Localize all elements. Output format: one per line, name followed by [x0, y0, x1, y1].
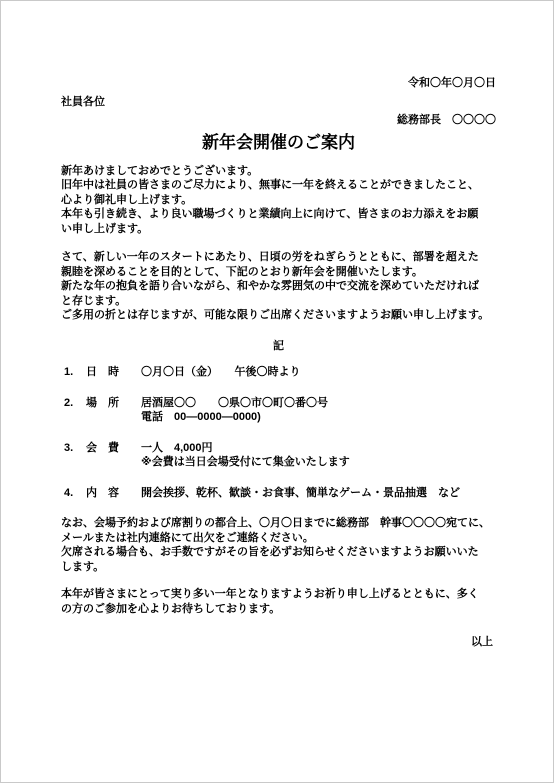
closing-marker: 以上	[61, 635, 496, 650]
detail-number: 1.	[64, 365, 86, 380]
detail-item-place: 2. 場 所 居酒屋〇〇 〇県〇市〇町〇番〇号 電話 00―0000―0000)	[61, 396, 496, 425]
detail-number: 4.	[64, 486, 86, 501]
detail-item-datetime: 1. 日 時 〇月〇日（金） 午後〇時より	[61, 365, 496, 380]
rsvp-paragraph: なお、会場予約および席割りの都合上、〇月〇日までに総務部 幹事〇〇〇〇宛てに、 …	[61, 516, 496, 574]
addressee: 社員各位	[61, 95, 496, 110]
greeting-paragraph: 新年あけましておめでとうございます。 旧年中は社員の皆さまのご尽力により、無事に…	[61, 164, 496, 237]
detail-value: 一人 4,000円 ※会費は当日会場受付にて集金いたします	[141, 441, 496, 470]
closing-paragraph: 本年が皆さまにとって実り多い一年となりますようお祈り申し上げるとともに、多く の…	[61, 587, 496, 616]
purpose-paragraph: さて、新しい一年のスタートにあたり、日頃の労をねぎらうとともに、部署を超えた 親…	[61, 250, 496, 323]
detail-number: 2.	[64, 396, 86, 411]
detail-item-program: 4. 内 容 開会挨拶、乾杯、歓談・お食事、簡単なゲーム・景品抽選 など	[61, 486, 496, 501]
detail-item-fee: 3. 会 費 一人 4,000円 ※会費は当日会場受付にて集金いたします	[61, 441, 496, 470]
detail-label: 会 費	[86, 441, 141, 456]
detail-number: 3.	[64, 441, 86, 456]
ki-marker: 記	[61, 339, 496, 354]
detail-value: 〇月〇日（金） 午後〇時より	[141, 365, 496, 380]
document-date: 令和〇年〇月〇日	[61, 76, 496, 91]
detail-label: 場 所	[86, 396, 141, 411]
detail-label: 日 時	[86, 365, 141, 380]
document-title: 新年会開催のご案内	[61, 134, 496, 152]
details-list: 1. 日 時 〇月〇日（金） 午後〇時より 2. 場 所 居酒屋〇〇 〇県〇市〇…	[61, 365, 496, 500]
sender: 総務部長 〇〇〇〇	[61, 113, 496, 128]
detail-label: 内 容	[86, 486, 141, 501]
detail-value: 開会挨拶、乾杯、歓談・お食事、簡単なゲーム・景品抽選 など	[141, 486, 496, 501]
detail-value: 居酒屋〇〇 〇県〇市〇町〇番〇号 電話 00―0000―0000)	[141, 396, 496, 425]
document-page: 令和〇年〇月〇日 社員各位 総務部長 〇〇〇〇 新年会開催のご案内 新年あけまし…	[0, 0, 554, 783]
